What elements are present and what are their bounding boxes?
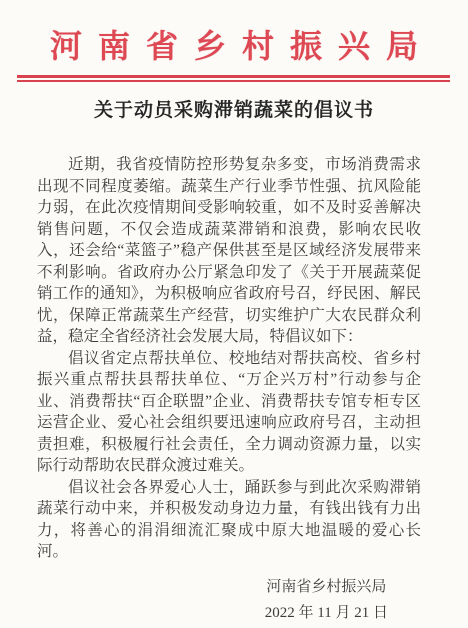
- red-double-rule: [17, 75, 450, 82]
- signature-date: 2022 年 11 月 21 日: [265, 600, 388, 626]
- signature-agency: 河南省乡村振兴局: [265, 574, 388, 600]
- document-title: 关于动员采购滞销蔬菜的倡议书: [0, 95, 468, 122]
- document-page: 河南省乡村振兴局 关于动员采购滞销蔬菜的倡议书 近期，我省疫情防控形势复杂多变，…: [0, 0, 468, 628]
- agency-letterhead: 河南省乡村振兴局: [0, 21, 468, 67]
- signature-block: 河南省乡村振兴局 2022 年 11 月 21 日: [265, 574, 388, 626]
- body-paragraph-3: 倡议社会各界爱心人士，踊跃参与到此次采购滞销蔬菜行动中来，并积极发动身边力量，有…: [37, 477, 421, 563]
- body-paragraph-2: 倡议省定点帮扶单位、校地结对帮扶高校、省乡村振兴重点帮扶县帮扶单位、“万企兴万村…: [37, 348, 421, 477]
- body-paragraph-1: 近期，我省疫情防控形势复杂多变，市场消费需求出现不同程度萎缩。蔬菜生产行业季节性…: [37, 154, 421, 348]
- document-body: 近期，我省疫情防控形势复杂多变，市场消费需求出现不同程度萎缩。蔬菜生产行业季节性…: [37, 154, 421, 563]
